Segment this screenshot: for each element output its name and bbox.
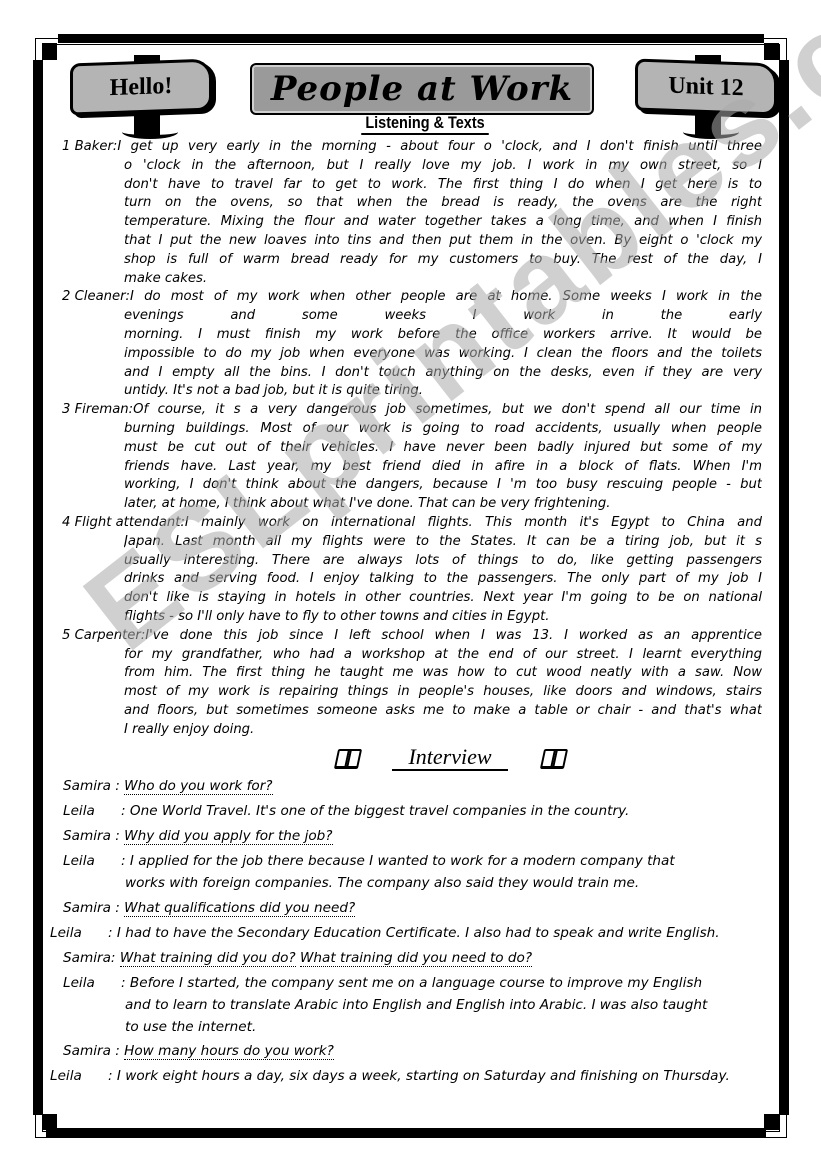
text-content: don't have to travel far to get to work.… [124, 176, 762, 195]
text-content: Japan. Last month all my flights were to… [124, 533, 762, 552]
text-line: make cakes. [62, 270, 762, 289]
text-content: morning. I must finish my work before th… [124, 326, 762, 345]
open-book-icon [541, 749, 565, 767]
text-line: 1 Baker:I get up very early in the morni… [62, 138, 762, 157]
dialogue-continuation: to use the internet. [125, 1019, 256, 1035]
text-line: usually interesting. There are always lo… [62, 552, 762, 571]
text-line: temperature. Mixing the flour and water … [62, 213, 762, 232]
hello-sign-board: Hello! [70, 59, 212, 116]
text-line: flights - so I'll only have to fly to ot… [62, 608, 762, 627]
interview-question: Samira: What training did you do? What t… [63, 950, 532, 966]
text-content: drinks and serving food. I enjoy talking… [124, 570, 762, 589]
dialogue-text: What qualifications did you need? [124, 900, 355, 917]
text-line: friends have. Last year, my best friend … [62, 458, 762, 477]
text-content: for my grandfather, who had a workshop a… [124, 646, 762, 665]
frame-corner [42, 43, 57, 60]
text-line: from him. The first thing he taught me w… [62, 664, 762, 683]
text-content: temperature. Mixing the flour and water … [124, 213, 762, 232]
speaker-name: Leila [50, 1068, 108, 1084]
text-line: morning. I must finish my work before th… [62, 326, 762, 345]
interview-heading: Interview [335, 744, 565, 772]
speaker-name: Leila [63, 803, 121, 819]
speaker-name: Samira: [63, 950, 115, 966]
speaker-name: Leila [63, 975, 121, 991]
interview-question: Samira : Why did you apply for the job? [63, 828, 333, 844]
text-paragraph: 2 Cleaner: I do most of my work when oth… [62, 288, 762, 401]
dialogue-text: One World Travel. It's one of the bigges… [130, 803, 629, 819]
frame-bar-top [58, 34, 764, 43]
text-paragraph: 3 Fireman: Of course, it s a very danger… [62, 401, 762, 514]
text-content: and floors, but sometimes someone asks m… [124, 702, 762, 721]
text-content: must be cut out of their vehicles. I hav… [124, 439, 762, 458]
text-content: turn on the ovens, so that when the brea… [124, 194, 762, 213]
text-line: don't like is staying in hotels in other… [62, 589, 762, 608]
dialogue-text: Before I started, the company sent me on… [130, 975, 702, 991]
text-paragraph: 4 Flight attendant: I mainly work on int… [62, 514, 762, 627]
speaker-separator: : [121, 853, 130, 869]
text-content: Of course, it s a very dangerous job som… [133, 401, 762, 420]
text-line: 5 Carpenter: I've done this job since I … [62, 627, 762, 646]
text-line: 4 Flight attendant: I mainly work on int… [62, 514, 762, 533]
text-content: most of my work is repairing things in p… [124, 683, 762, 702]
text-line: working, I don't think about the dangers… [62, 476, 762, 495]
frame-corner [42, 1114, 57, 1130]
speaker-name: Leila [63, 853, 121, 869]
text-line: later, at home, I think about what I've … [62, 495, 762, 514]
frame-bar-bottom [46, 1128, 766, 1138]
speaker-name: Samira : [63, 778, 120, 794]
dialogue-text: What training did you need to do? [300, 950, 532, 967]
speaker-label: 5 Carpenter: [62, 627, 145, 646]
dialogue-text: How many hours do you work? [124, 1043, 334, 1060]
text-content: I mainly work on international flights. … [185, 514, 762, 533]
unit-sign-board: Unit 12 [635, 59, 777, 116]
text-line: evenings and some weeks I work in the ea… [62, 307, 762, 326]
dialogue-text: Why did you apply for the job? [124, 828, 332, 845]
text-line: and I empty all the bins. I don't touch … [62, 364, 762, 383]
text-line: untidy. It's not a bad job, but it is qu… [62, 382, 762, 401]
open-book-icon [335, 749, 359, 767]
frame-corner [764, 1114, 779, 1130]
interview-answer: Leila: Before I started, the company sen… [63, 975, 702, 991]
text-content: working, I don't think about the dangers… [124, 476, 762, 495]
speaker-name: Samira : [63, 828, 120, 844]
dialogue-text: I applied for the job there because I wa… [130, 853, 675, 869]
speaker-separator: : [121, 803, 130, 819]
grass-icon [122, 125, 178, 139]
speaker-label: 3 Fireman: [62, 401, 133, 420]
dialogue-text: I had to have the Secondary Education Ce… [117, 925, 720, 941]
speaker-name: Samira : [63, 900, 120, 916]
dialogue-continuation: works with foreign companies. The compan… [125, 875, 639, 891]
dialogue-text: Who do you work for? [124, 778, 272, 795]
text-line: must be cut out of their vehicles. I hav… [62, 439, 762, 458]
text-content: from him. The first thing he taught me w… [124, 664, 762, 683]
interview-answer: Leila: I applied for the job there becau… [63, 853, 675, 869]
interview-question: Samira : Who do you work for? [63, 778, 273, 794]
interview-question: Samira : How many hours do you work? [63, 1043, 334, 1059]
text-line: turn on the ovens, so that when the brea… [62, 194, 762, 213]
text-line: most of my work is repairing things in p… [62, 683, 762, 702]
text-line: I really enjoy doing. [62, 721, 762, 740]
text-line: drinks and serving food. I enjoy talking… [62, 570, 762, 589]
speaker-separator: : [121, 975, 130, 991]
speaker-label: 4 Flight attendant: [62, 514, 185, 533]
text-content: burning buildings. Most of our work is g… [124, 420, 762, 439]
dialogue-text: I work eight hours a day, six days a wee… [117, 1068, 730, 1084]
speaker-name: Leila [50, 925, 108, 941]
text-line: 2 Cleaner: I do most of my work when oth… [62, 288, 762, 307]
text-line: Japan. Last month all my flights were to… [62, 533, 762, 552]
frame-bar-right [780, 60, 789, 1115]
interview-answer: Leila: I work eight hours a day, six day… [50, 1068, 730, 1084]
text-content: I get up very early in the morning - abo… [117, 138, 762, 157]
text-line: o 'clock in the afternoon, but I really … [62, 157, 762, 176]
interview-answer: Leila: One World Travel. It's one of the… [63, 803, 629, 819]
page-title: People at Work [250, 63, 594, 115]
text-content: o 'clock in the afternoon, but I really … [124, 157, 762, 176]
text-content: don't like is staying in hotels in other… [124, 589, 762, 608]
speaker-separator: : [108, 1068, 117, 1084]
unit-signpost: Unit 12 [625, 55, 785, 140]
text-paragraph: 5 Carpenter: I've done this job since I … [62, 627, 762, 740]
text-content: friends have. Last year, my best friend … [124, 458, 762, 477]
text-content: and I empty all the bins. I don't touch … [124, 364, 762, 383]
dialogue-text: What training did you do? [120, 950, 296, 967]
text-line: burning buildings. Most of our work is g… [62, 420, 762, 439]
listening-texts: 1 Baker:I get up very early in the morni… [62, 138, 762, 740]
speaker-label: 2 Cleaner: [62, 288, 130, 307]
text-content: make cakes. [124, 270, 762, 289]
section-subtitle: Listening & Texts [361, 113, 489, 135]
dialogue-continuation: and to learn to translate Arabic into En… [125, 997, 707, 1013]
speaker-label: 1 Baker: [62, 138, 117, 157]
interview-title: Interview [392, 745, 507, 771]
text-line: that I put the new loaves into tins and … [62, 232, 762, 251]
text-content: flights - so I'll only have to fly to ot… [124, 608, 762, 627]
text-content: evenings and some weeks I work in the ea… [124, 307, 762, 326]
text-content: shop is full of warm bread ready for my … [124, 251, 762, 270]
text-content: I've done this job since I left school w… [145, 627, 762, 646]
text-line: impossible to do my job when everyone wa… [62, 345, 762, 364]
text-line: don't have to travel far to get to work.… [62, 176, 762, 195]
speaker-name: Samira : [63, 1043, 120, 1059]
text-paragraph: 1 Baker:I get up very early in the morni… [62, 138, 762, 288]
grass-icon [683, 125, 739, 139]
text-content: I really enjoy doing. [124, 721, 762, 740]
text-content: I do most of my work when other people a… [130, 288, 762, 307]
text-content: later, at home, I think about what I've … [124, 495, 762, 514]
text-content: usually interesting. There are always lo… [124, 552, 762, 571]
text-line: for my grandfather, who had a workshop a… [62, 646, 762, 665]
text-content: untidy. It's not a bad job, but it is qu… [124, 382, 762, 401]
text-line: and floors, but sometimes someone asks m… [62, 702, 762, 721]
frame-bar-left [33, 60, 42, 1115]
text-line: shop is full of warm bread ready for my … [62, 251, 762, 270]
text-content: impossible to do my job when everyone wa… [124, 345, 762, 364]
speaker-separator: : [108, 925, 117, 941]
hello-signpost: Hello! [70, 55, 230, 140]
text-content: that I put the new loaves into tins and … [124, 232, 762, 251]
interview-question: Samira : What qualifications did you nee… [63, 900, 355, 916]
interview-answer: Leila: I had to have the Secondary Educa… [50, 925, 720, 941]
text-line: 3 Fireman: Of course, it s a very danger… [62, 401, 762, 420]
